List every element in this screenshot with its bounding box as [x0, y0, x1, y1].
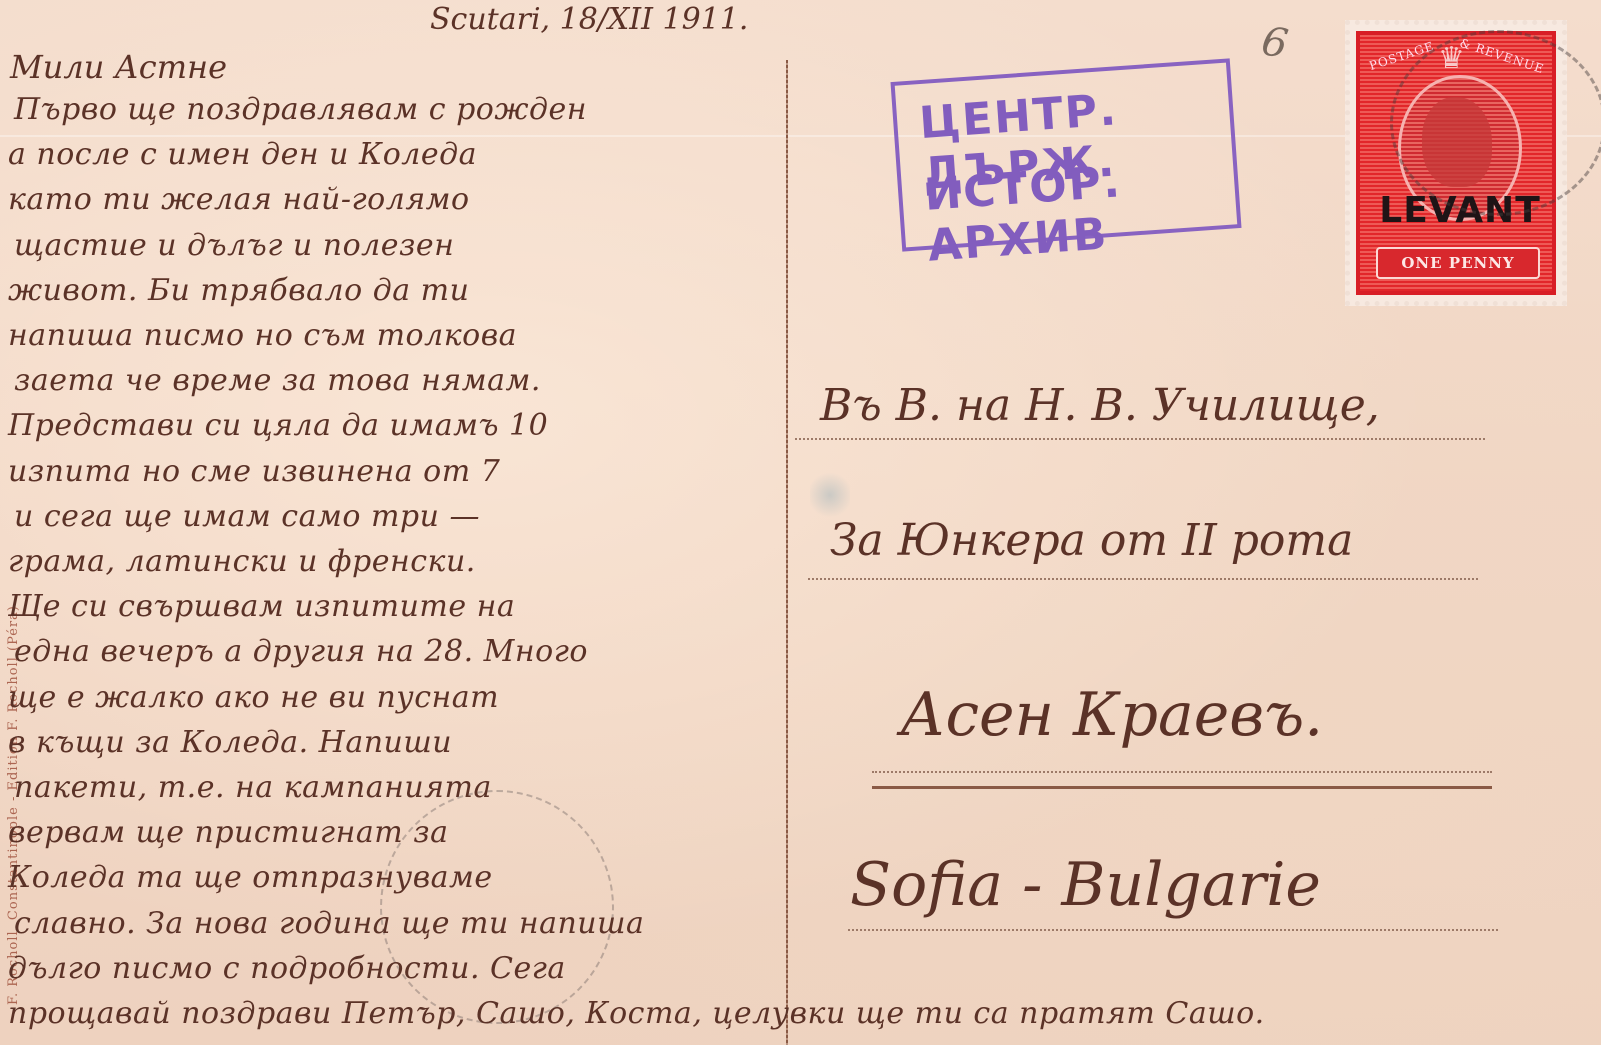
postcard: F. Rocholl, Constantinople - Edition F. …	[0, 0, 1601, 1045]
message-line: щастие и дълъг и полезен	[14, 228, 454, 263]
archive-stamp: ЦЕНТР. ДЪРЖ. ИСТОР. АРХИВ	[890, 58, 1241, 251]
address-rule-1	[795, 438, 1485, 440]
address-line-1: Въ В. на Н. В. Училище,	[820, 380, 1380, 431]
message-line: живот. Би трябвало да ти	[8, 273, 469, 308]
address-rule-3	[872, 771, 1492, 773]
greeting: Мили Астне	[10, 48, 227, 86]
message-line: Коледа та ще отпразнуваме	[8, 860, 493, 895]
message-line: пакети, т.е. на кампанията	[14, 770, 492, 805]
message-line: в къщи за Коледа. Напиши	[8, 725, 452, 760]
stain	[810, 470, 850, 520]
postmark-cancel	[1390, 30, 1601, 216]
message-line: грама, латински и френски.	[8, 544, 476, 579]
message-line: прощавай поздрави Петър, Сашо, Коста, це…	[8, 996, 1265, 1031]
message-line: Първо ще поздравлявам с рожден	[14, 92, 587, 127]
message-line: изпита но сме извинена от 7	[8, 454, 500, 489]
message-line: вервам ще пристигнат за	[8, 815, 448, 850]
address-line-3: Асен Краевъ.	[900, 680, 1323, 750]
message-line: напиша писмо но съм толкова	[8, 318, 517, 353]
message-line: ще е жалко ако не ви пуснат	[8, 680, 499, 715]
address-line-4: Sofia - Bulgarie	[850, 850, 1321, 920]
message-line: а после с имен ден и Коледа	[8, 137, 477, 172]
message-line: славно. За нова година ще ти напиша	[14, 906, 644, 941]
message-line: като ти желая най-голямо	[8, 182, 470, 217]
message-line: и сега ще имам само три —	[14, 499, 480, 534]
message-line: заета че време за това нямам.	[14, 363, 541, 398]
address-rule-2	[808, 578, 1478, 580]
message-address-divider	[786, 60, 788, 1045]
message-line: Представи си цяла да имамъ 10	[8, 408, 548, 443]
address-underline	[872, 786, 1492, 789]
message-line: една вечеръ а другия на 28. Много	[14, 634, 588, 669]
message-line: Ще си свършвам изпитите на	[8, 589, 515, 624]
archive-stamp-line-2: ИСТОР. АРХИВ	[923, 148, 1239, 271]
date-line: Scutari, 18/XII 1911.	[430, 2, 748, 37]
address-rule-4	[848, 929, 1498, 931]
message-line: дълго писмо с подробности. Сега	[8, 951, 566, 986]
stamp-value: ONE PENNY	[1376, 247, 1540, 279]
margin-mark: 6	[1258, 18, 1291, 68]
address-line-2: За Юнкера от II рота	[830, 515, 1353, 566]
